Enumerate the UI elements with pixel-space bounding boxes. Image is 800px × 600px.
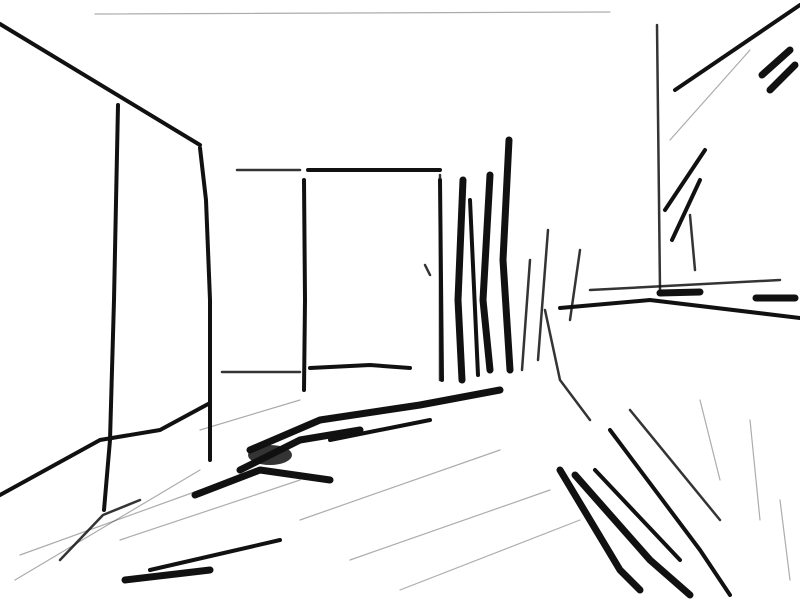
ceiling-line	[95, 12, 610, 14]
upper-right-shelf	[657, 5, 800, 290]
right-counter	[545, 280, 800, 595]
back-wall-doorway	[222, 170, 440, 390]
left-wall	[0, 24, 210, 580]
vertical-plants	[425, 140, 580, 380]
sketch-drawing	[0, 0, 800, 600]
